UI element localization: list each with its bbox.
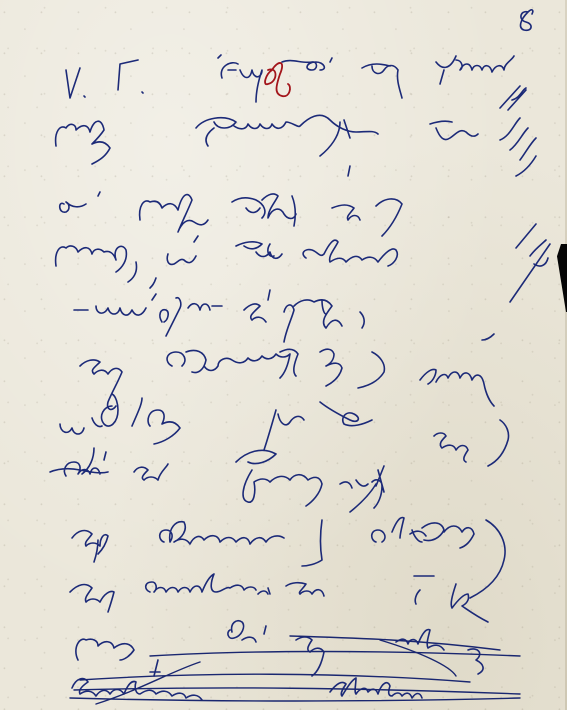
line-7 [60, 394, 468, 462]
line-5 [74, 290, 494, 342]
line-6 [80, 349, 509, 466]
line-9 [72, 518, 505, 598]
line-12 [70, 660, 520, 704]
handwriting-ink [0, 0, 567, 710]
line-1 [66, 55, 526, 110]
line-11 [76, 621, 520, 676]
line-3 [60, 192, 402, 236]
page-number-glyph [521, 10, 533, 30]
manuscript-page: 8 V. Γ. Ἐνας ... ποὺ τοῦ χρησιμ... μεγάλ… [0, 0, 567, 710]
line-2 [56, 115, 536, 176]
line-8 [50, 448, 384, 512]
line-4 [56, 224, 550, 302]
line-10 [70, 574, 488, 622]
